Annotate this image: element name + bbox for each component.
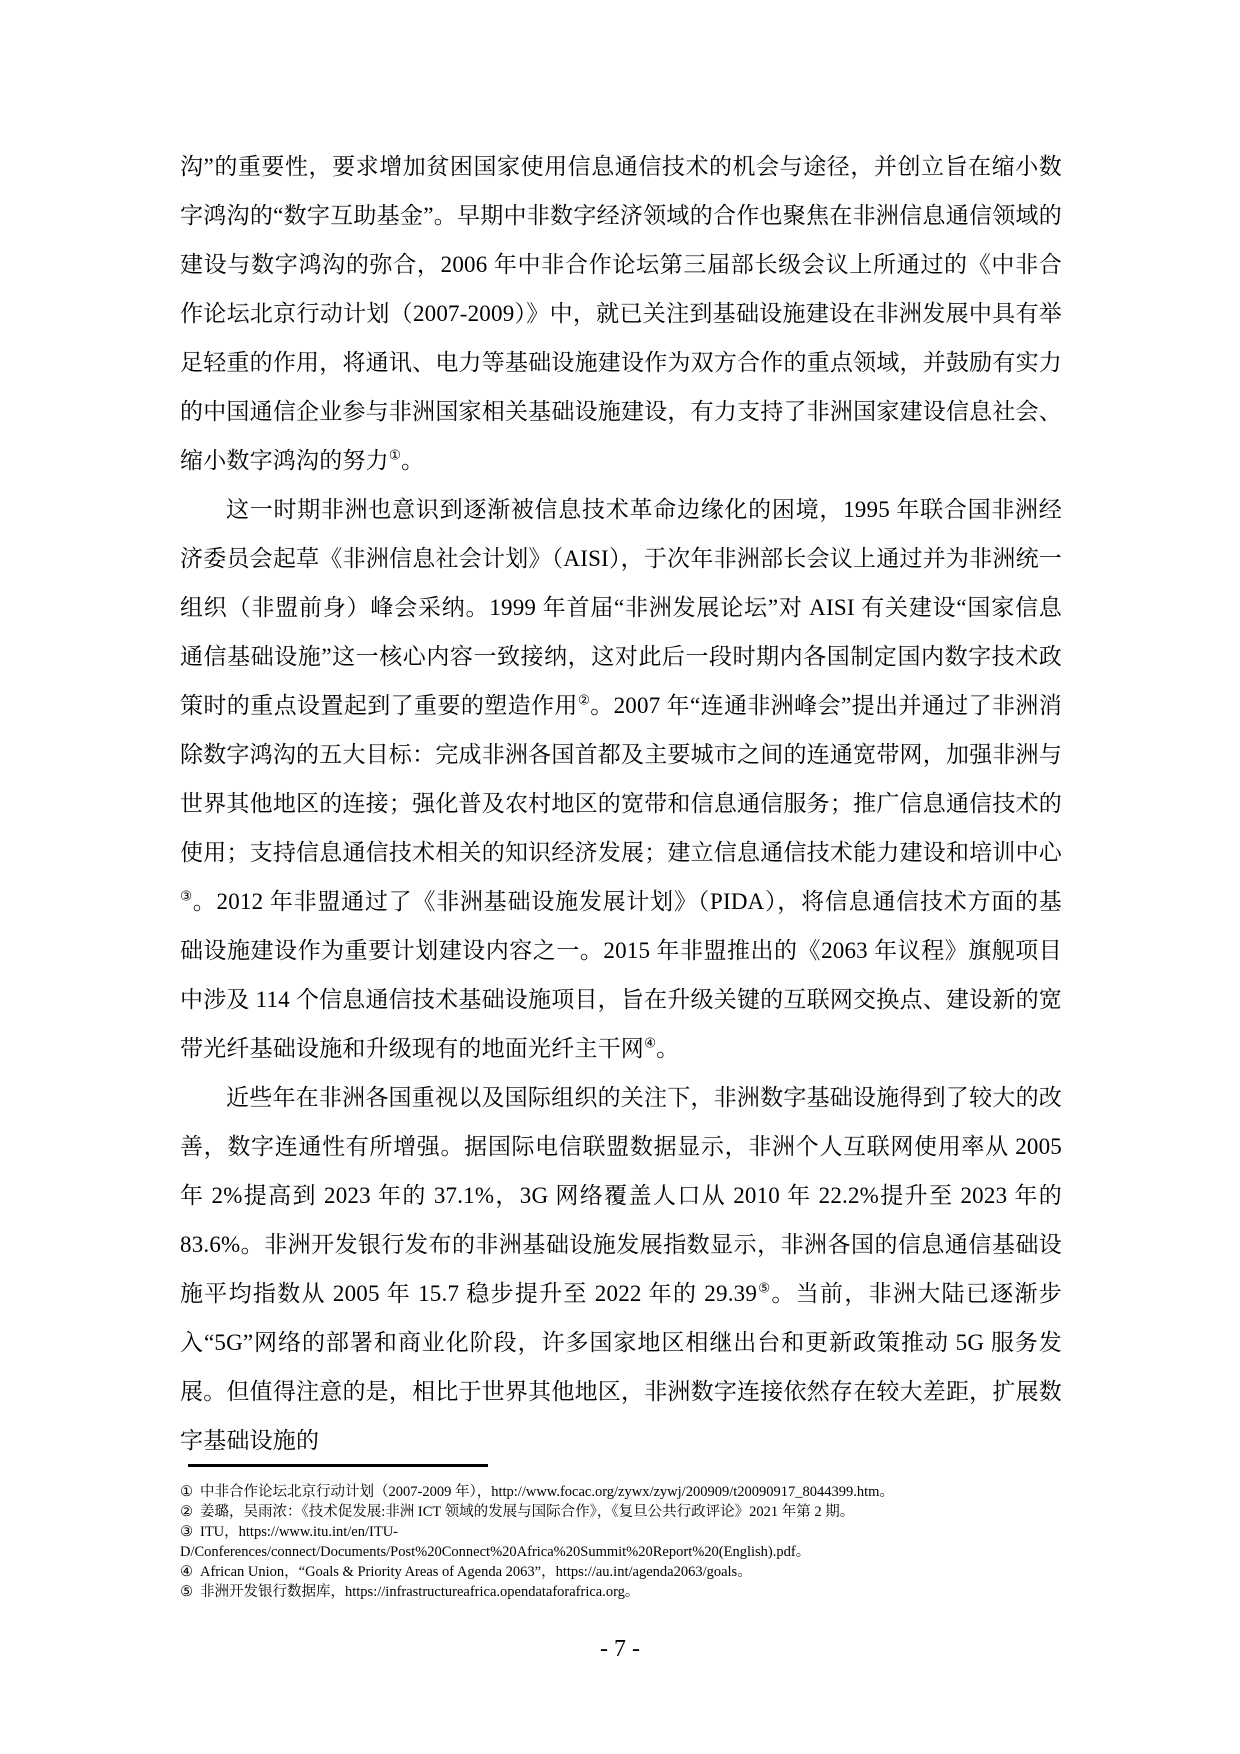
footnote-marker: ⑤	[180, 1584, 193, 1600]
footnote-item: ③ITU，https://www.itu.int/en/ITU- D/Confe…	[180, 1522, 1075, 1562]
footnote-reference: ②	[578, 692, 590, 707]
footnote-item: ①中非合作论坛北京行动计划（2007-2009 年），http://www.fo…	[180, 1482, 1075, 1502]
footnotes-section: ①中非合作论坛北京行动计划（2007-2009 年），http://www.fo…	[180, 1482, 1075, 1602]
footnote-text: ITU，https://www.itu.int/en/ITU- D/Confer…	[180, 1524, 810, 1560]
footnote-marker: ①	[180, 1484, 193, 1500]
footnote-reference: ①	[389, 447, 401, 462]
paragraph-continuation: 沟”的重要性，要求增加贫困国家使用信息通信技术的机会与途径，并创立旨在缩小数字鸿…	[180, 142, 1062, 485]
page-number: - 7 -	[0, 1634, 1240, 1664]
footnote-text: 中非合作论坛北京行动计划（2007-2009 年），http://www.foc…	[200, 1484, 894, 1500]
paragraph-recent-progress: 近些年在非洲各国重视以及国际组织的关注下，非洲数字基础设施得到了较大的改善，数字…	[180, 1073, 1062, 1465]
paragraph-africa-awareness: 这一时期非洲也意识到逐渐被信息技术革命边缘化的困境，1995 年联合国非洲经济委…	[180, 485, 1062, 1073]
footnote-marker: ④	[180, 1564, 193, 1580]
footnote-marker: ②	[180, 1504, 193, 1520]
footnote-reference: ④	[644, 1035, 656, 1050]
footnote-text: African Union，“Goals & Priority Areas of…	[200, 1564, 752, 1580]
footnote-item: ②姜璐，吴雨浓：《技术促发展:非洲 ICT 领域的发展与国际合作》，《复旦公共行…	[180, 1502, 1075, 1522]
footnote-text: 非洲开发银行数据库，https://infrastructureafrica.o…	[200, 1584, 639, 1600]
body-text: 沟”的重要性，要求增加贫困国家使用信息通信技术的机会与途径，并创立旨在缩小数字鸿…	[180, 142, 1062, 1465]
footnote-item: ④African Union，“Goals & Priority Areas o…	[180, 1562, 1075, 1582]
footnote-text: 姜璐，吴雨浓：《技术促发展:非洲 ICT 领域的发展与国际合作》，《复旦公共行政…	[200, 1504, 854, 1520]
footnote-reference: ③	[180, 888, 193, 903]
footnote-reference: ⑤	[757, 1280, 771, 1295]
footnote-item: ⑤非洲开发银行数据库，https://infrastructureafrica.…	[180, 1582, 1075, 1602]
document-page: 沟”的重要性，要求增加贫困国家使用信息通信技术的机会与途径，并创立旨在缩小数字鸿…	[0, 0, 1240, 1754]
footnote-marker: ③	[180, 1524, 193, 1540]
footnote-separator	[188, 1464, 488, 1467]
